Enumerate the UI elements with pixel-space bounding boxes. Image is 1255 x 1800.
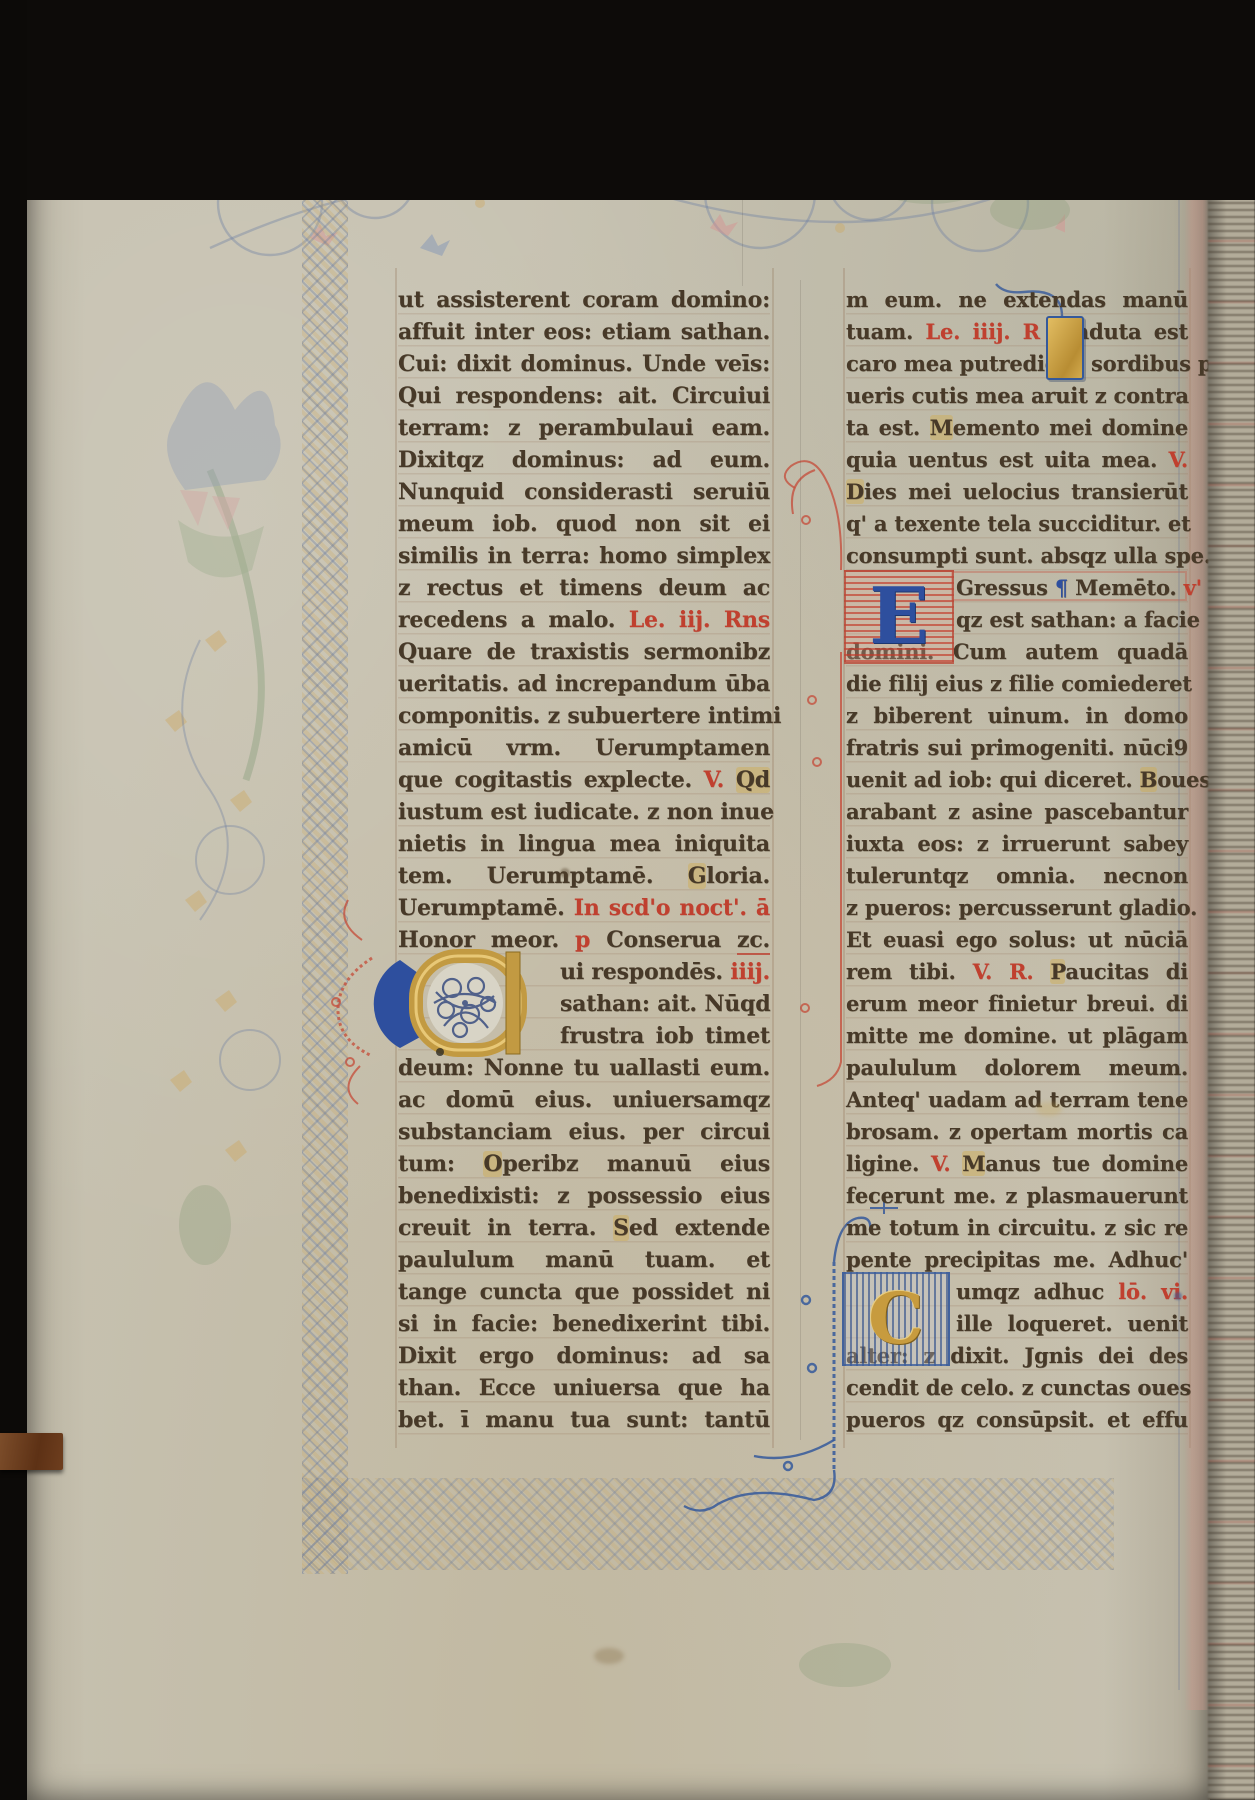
body-text: ligine. — [846, 1151, 931, 1176]
rubric-text: V. R. — [973, 959, 1051, 984]
rubric-text: p — [575, 927, 606, 953]
body-text: z pueros: percusserunt gladio. — [846, 895, 1197, 920]
text-line: die filij eius z filie comiederet — [846, 668, 1188, 700]
text-line: sathan: ait. Nūqd — [398, 988, 770, 1020]
initial-e: E — [844, 570, 954, 664]
body-text: ut assisterent coram domino: — [398, 287, 770, 313]
ruling-vertical-line — [395, 268, 397, 1448]
photo-backdrop-left — [0, 0, 27, 1800]
body-text: uenit ad iob: qui diceret. — [846, 767, 1140, 792]
body-text: meum iob. quod non sit ei — [398, 511, 770, 537]
body-text: Et euasi ego solus: ut nūciā — [846, 927, 1188, 952]
text-line: componitis. z subuertere intimi — [398, 700, 770, 732]
text-line: terram: z perambulaui eam. — [398, 412, 770, 444]
body-text: ies mei uelocius transierūt — [864, 479, 1188, 504]
body-text: tuam. — [846, 319, 925, 344]
body-text: G — [688, 863, 707, 889]
body-text: emento mei domine — [953, 415, 1188, 440]
body-text: iuxta eos: z irruerunt sabey — [846, 831, 1188, 856]
body-text: m eum. ne extendas manū — [846, 287, 1188, 312]
border-bottom-lattice — [302, 1478, 1114, 1570]
body-text: Memēto. — [1068, 575, 1184, 600]
body-text: umqz adhuc — [956, 1279, 1118, 1304]
text-line: Quare de traxistis sermonibz — [398, 636, 770, 668]
body-text: caro mea putredie. z sordibus pul — [846, 351, 1235, 376]
text-line: z pueros: percusserunt gladio. — [846, 892, 1188, 924]
body-text: quia uentus est uita mea. — [846, 447, 1168, 472]
ruling-vertical-line — [843, 268, 845, 1448]
body-text: tum: — [398, 1151, 483, 1177]
body-text: creuit in terra. — [398, 1215, 613, 1241]
text-line: Cui: dixit dominus. Unde veīs: — [398, 348, 770, 380]
body-text: consumpti sunt. absqz ulla spe. — [846, 543, 1211, 568]
body-text: q' a texente tela succiditur. et — [846, 511, 1191, 536]
body-text: M — [962, 1151, 985, 1176]
body-text: Nunquid considerasti seruiū — [398, 479, 770, 505]
text-line: bet. ī manu tua sunt: tantū — [398, 1404, 770, 1436]
text-line: frustra iob timet — [398, 1020, 770, 1052]
body-text: Cui: dixit dominus. Unde veīs: — [398, 351, 770, 377]
body-text: tem. Uerumptamē. — [398, 863, 688, 889]
text-line: arabant z asine pascebantur — [846, 796, 1188, 828]
text-line: Nunquid considerasti seruiū — [398, 476, 770, 508]
text-line: uenit ad iob: qui diceret. Boues — [846, 764, 1188, 796]
body-text: zc. — [737, 927, 770, 955]
body-text: B — [1140, 767, 1158, 792]
body-text: Dixitqz dominus: ad eum. — [398, 447, 770, 473]
body-text: terram: z perambulaui eam. — [398, 415, 770, 441]
rubric-text: Le. iiij. R — [925, 319, 1040, 344]
text-line: Et euasi ego solus: ut nūciā — [846, 924, 1188, 956]
body-text: anus tue domine — [985, 1151, 1188, 1176]
crease-line — [800, 280, 801, 1440]
text-line: Dies mei uelocius transierūt — [846, 476, 1188, 508]
body-text: ed extende — [629, 1215, 770, 1241]
body-text: brosam. z opertam mortis ca — [846, 1119, 1188, 1144]
text-line: affuit inter eos: etiam sathan. — [398, 316, 770, 348]
body-text: iustum est iudicate. z non inue — [398, 799, 774, 825]
body-text: ta est. — [846, 415, 930, 440]
text-line: deum: Nonne tu uallasti eum. — [398, 1052, 770, 1084]
text-line: brosam. z opertam mortis ca — [846, 1116, 1188, 1148]
rubric-text: Le. iij. Rns — [629, 607, 770, 633]
body-text: loria. — [706, 863, 770, 889]
body-text: me totum in circuitu. z sic re — [846, 1215, 1188, 1240]
body-text: ueris cutis mea aruit z contra — [846, 383, 1189, 408]
text-line: tuam. Le. iiij. Rnduta est — [846, 316, 1188, 348]
text-line: z rectus et timens deum ac — [398, 572, 770, 604]
body-text: aucitas di — [1065, 959, 1188, 984]
rubric-text: V. — [1168, 447, 1188, 472]
body-text: D — [846, 479, 864, 504]
text-line: Dixitqz dominus: ad eum. — [398, 444, 770, 476]
initial-c-lower: C — [842, 1272, 950, 1366]
ruling-vertical-line — [772, 268, 774, 1448]
text-line: z biberent uinum. in domo — [846, 700, 1188, 732]
text-line: consumpti sunt. absqz ulla spe. — [846, 540, 1188, 572]
text-line: fratris sui primogeniti. nūci9 — [846, 732, 1188, 764]
body-text: Anteq' uadam ad terram tene — [846, 1087, 1188, 1112]
photo-backdrop-top — [0, 0, 1255, 200]
rubric-text: v' — [1184, 575, 1202, 600]
initial-e-letter: E — [869, 578, 928, 656]
body-text: frustra iob timet — [560, 1023, 770, 1049]
text-line: quia uentus est uita mea. V. — [846, 444, 1188, 476]
text-line: si in facie: benedixerint tibi. — [398, 1308, 770, 1340]
body-text: z rectus et timens deum ac — [398, 575, 770, 601]
body-text: nduta est — [1074, 319, 1188, 344]
ink-speck — [560, 868, 570, 878]
text-line: ligine. V. Manus tue domine — [846, 1148, 1188, 1180]
body-text: que cogitastis explecte. — [398, 767, 704, 793]
text-line: than. Ecce uniuersa que ha — [398, 1372, 770, 1404]
stain — [594, 1648, 624, 1664]
text-line: meum iob. quod non sit ei — [398, 508, 770, 540]
body-text: Conserua — [606, 927, 737, 953]
text-line: cendit de celo. z cunctas oues — [846, 1372, 1188, 1404]
rubric-text: V. — [931, 1151, 962, 1176]
body-text: si in facie: benedixerint tibi. — [398, 1311, 770, 1337]
body-text: M — [930, 415, 953, 440]
text-line: paululum dolorem meum. — [846, 1052, 1188, 1084]
body-text: rem tibi. — [846, 959, 973, 984]
body-text: tange cuncta que possidet ni — [398, 1279, 770, 1305]
body-text: oues — [1157, 767, 1211, 792]
text-line: me totum in circuitu. z sic re — [846, 1212, 1188, 1244]
text-line: q' a texente tela succiditur. et — [846, 508, 1188, 540]
text-line: erum meor finietur breui. di — [846, 988, 1188, 1020]
text-line: caro mea putredie. z sordibus pul — [846, 348, 1188, 380]
text-line: iuxta eos: z irruerunt sabey — [846, 828, 1188, 860]
body-text: Qui respondens: ait. Circuiui — [398, 383, 770, 409]
body-text: die filij eius z filie comiederet — [846, 671, 1192, 696]
text-column-right: m eum. ne extendas manūtuam. Le. iiij. R… — [846, 284, 1188, 1436]
text-line: tange cuncta que possidet ni — [398, 1276, 770, 1308]
initial-i-champ — [1046, 316, 1084, 380]
body-text: S — [613, 1215, 629, 1241]
body-text: benedixisti: z possessio eius — [398, 1183, 770, 1209]
text-line: Uerumptamē. In scd'o noct'. ā — [398, 892, 770, 924]
leather-bookmark-tab — [0, 1433, 63, 1470]
text-line: que cogitastis explecte. V. Qd — [398, 764, 770, 796]
body-text: ueritatis. ad increpandum ūba — [398, 671, 770, 697]
body-text: O — [483, 1151, 502, 1177]
body-text: deum: Nonne tu uallasti eum. — [398, 1055, 770, 1081]
text-line: ut assisterent coram domino: — [398, 284, 770, 316]
rubric-text: iiij. — [730, 959, 770, 985]
text-line: tem. Uerumptamē. Gloria. — [398, 860, 770, 892]
paraph-mark: ¶ — [1055, 575, 1068, 600]
body-text: sathan: ait. Nūqd — [560, 991, 770, 1017]
body-text: erum meor finietur breui. di — [846, 991, 1188, 1016]
text-line: Qui respondens: ait. Circuiui — [398, 380, 770, 412]
body-text: mitte me domine. ut plāgam — [846, 1023, 1188, 1048]
body-text: P — [1050, 959, 1065, 984]
text-line: rem tibi. V. R. Paucitas di — [846, 956, 1188, 988]
text-line: Honor meor. p Conserua zc. — [398, 924, 770, 956]
body-text: Qd — [736, 767, 770, 793]
body-text: than. Ecce uniuersa que ha — [398, 1375, 770, 1401]
body-text: similis in terra: homo simplex — [398, 543, 770, 569]
body-text: affuit inter eos: etiam sathan. — [398, 319, 770, 345]
body-text: recedens a malo. — [398, 607, 629, 633]
text-line: fecerunt me. z plasmauerunt — [846, 1180, 1188, 1212]
body-text: paululum dolorem meum. — [846, 1055, 1188, 1080]
body-text: ui respondēs. — [560, 959, 730, 985]
body-text: peribz manuū eius — [502, 1151, 770, 1177]
text-line: similis in terra: homo simplex — [398, 540, 770, 572]
body-text: substanciam eius. per circui — [398, 1119, 770, 1145]
rubric-text: In scd'o noct'. ā — [574, 895, 770, 921]
body-text: amicū vrm. Uerumptamen — [398, 735, 770, 761]
body-text: nietis in lingua mea iniquita — [398, 831, 770, 857]
body-text: fecerunt me. z plasmauerunt — [846, 1183, 1188, 1208]
body-text: tuleruntqz omnia. necnon — [846, 863, 1188, 888]
text-line: Dixit ergo dominus: ad sa — [398, 1340, 770, 1372]
text-line: ueris cutis mea aruit z contra — [846, 380, 1188, 412]
text-line: amicū vrm. Uerumptamen — [398, 732, 770, 764]
text-line: creuit in terra. Sed extende — [398, 1212, 770, 1244]
body-text: fratris sui primogeniti. nūci9 — [846, 735, 1188, 760]
body-text: qz est sathan: a facie — [956, 607, 1200, 632]
text-line: ac domū eius. uniuersamqz — [398, 1084, 770, 1116]
initial-c-lower-letter: C — [868, 1284, 924, 1354]
body-text: Dixit ergo dominus: ad sa — [398, 1343, 770, 1369]
border-left-lattice — [302, 166, 348, 1574]
body-text: arabant z asine pascebantur — [846, 799, 1188, 824]
text-line: nietis in lingua mea iniquita — [398, 828, 770, 860]
body-text: bet. ī manu tua sunt: tantū — [398, 1407, 770, 1433]
body-text: z biberent uinum. in domo — [846, 703, 1188, 728]
text-column-left: ut assisterent coram domino:affuit inter… — [398, 284, 770, 1436]
body-text: ac domū eius. uniuersamqz — [398, 1087, 770, 1113]
text-line: mitte me domine. ut plāgam — [846, 1020, 1188, 1052]
text-line: ta est. Memento mei domine — [846, 412, 1188, 444]
text-line: m eum. ne extendas manū — [846, 284, 1188, 316]
text-line: recedens a malo. Le. iij. Rns — [398, 604, 770, 636]
stain — [1036, 1102, 1062, 1116]
body-text: ille loqueret. uenit — [956, 1311, 1188, 1336]
body-text: componitis. z subuertere intimi — [398, 703, 781, 729]
text-line: tuleruntqz omnia. necnon — [846, 860, 1188, 892]
body-text: Quare de traxistis sermonibz — [398, 639, 770, 665]
rubric-text: V. — [704, 767, 736, 793]
text-line: benedixisti: z possessio eius — [398, 1180, 770, 1212]
text-line: paululum manū tuam. et — [398, 1244, 770, 1276]
body-text: Gressus — [956, 575, 1055, 600]
body-text: pente precipitas me. Adhuc' — [846, 1247, 1188, 1272]
text-line: substanciam eius. per circui — [398, 1116, 770, 1148]
manuscript-photo: c.iiij.rvi. ut assisterent coram domino:… — [0, 0, 1255, 1800]
text-line: pueros qz consūpsit. et effu — [846, 1404, 1188, 1436]
body-text: paululum manū tuam. et — [398, 1247, 770, 1273]
text-line: ui respondēs. iiij. — [398, 956, 770, 988]
body-text: Uerumptamē. — [398, 895, 574, 921]
facing-page-fore-edge — [1208, 118, 1255, 1800]
body-text: pueros qz consūpsit. et effu — [846, 1407, 1188, 1432]
text-line: Anteq' uadam ad terram tene — [846, 1084, 1188, 1116]
text-line: tum: Operibz manuū eius — [398, 1148, 770, 1180]
ink-speck — [1174, 1292, 1182, 1300]
body-text: Honor meor. — [398, 927, 575, 953]
body-text: cendit de celo. z cunctas oues — [846, 1375, 1191, 1400]
text-line: iustum est iudicate. z non inue — [398, 796, 770, 828]
text-line: ueritatis. ad increpandum ūba — [398, 668, 770, 700]
